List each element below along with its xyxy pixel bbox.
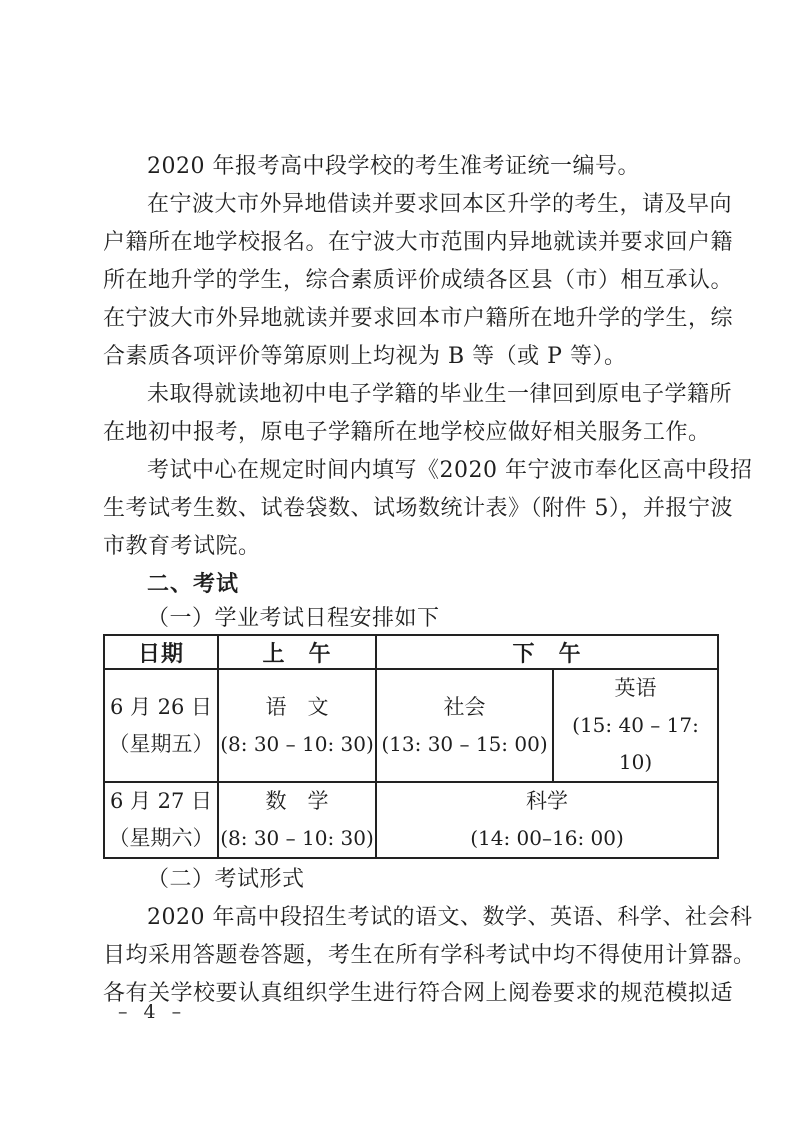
afternoon-exam-cell-english: 英语 (15: 40 – 17: 10)	[553, 669, 718, 782]
page-number: – 4 –	[118, 1001, 186, 1023]
morning-exam-cell: 语 文 (8: 30 – 10: 30)	[218, 669, 376, 782]
paragraph-line: 2020 年高中段招生考试的语文、数学、英语、科学、社会科	[103, 899, 717, 937]
time-label: (14: 00–16: 00)	[377, 820, 717, 857]
date-label: 6 月 27 日	[105, 783, 217, 820]
document-body: 2020 年报考高中段学校的考生准考证统一编号。 在宁波大市外异地借读并要求回本…	[103, 148, 717, 1013]
paragraph-line: 市教育考试院。	[103, 528, 717, 566]
subsection-heading-schedule: （一）学业考试日程安排如下	[103, 604, 717, 634]
date-cell: 6 月 26 日 （星期五）	[104, 669, 218, 782]
paragraph-line: 2020 年报考高中段学校的考生准考证统一编号。	[103, 148, 717, 186]
paragraph-line: 在宁波大市外异地就读并要求回本市户籍所在地升学的学生，综	[103, 300, 717, 338]
subject-label: 科学	[377, 783, 717, 820]
subject-label: 数 学	[219, 783, 375, 820]
paragraph-line: 在宁波大市外异地借读并要求回本区升学的考生，请及早向	[103, 186, 717, 224]
subject-label: 社会	[377, 689, 552, 726]
paragraph-line: 生考试考生数、试卷袋数、试场数统计表》（附件 5），并报宁波	[103, 490, 717, 528]
time-label: (15: 40 – 17: 10)	[554, 707, 717, 781]
subject-label: 语 文	[219, 689, 375, 726]
header-morning-cell: 上 午	[218, 635, 376, 669]
table-row-june26: 6 月 26 日 （星期五） 语 文 (8: 30 – 10: 30) 社会 (…	[104, 669, 718, 782]
time-label: (8: 30 – 10: 30)	[219, 820, 375, 857]
time-label: (13: 30 – 15: 00)	[377, 726, 552, 763]
paragraph-line: 合素质各项评价等第原则上均视为 B 等（或 P 等）。	[103, 338, 717, 376]
paragraph-line: 户籍所在地学校报名。在宁波大市范围内异地就读并要求回户籍	[103, 224, 717, 262]
afternoon-exam-cell-science: 科学 (14: 00–16: 00)	[376, 782, 718, 858]
time-label: (8: 30 – 10: 30)	[219, 726, 375, 763]
subject-label: 英语	[554, 670, 717, 707]
paragraph-line: 考试中心在规定时间内填写《2020 年宁波市奉化区高中段招	[103, 452, 717, 490]
afternoon-exam-cell-social: 社会 (13: 30 – 15: 00)	[376, 669, 553, 782]
date-label: 6 月 26 日	[105, 689, 217, 726]
morning-exam-cell: 数 学 (8: 30 – 10: 30)	[218, 782, 376, 858]
paragraph-line: 目均采用答题卷答题，考生在所有学科考试中均不得使用计算器。	[103, 937, 717, 975]
paragraph-line: 所在地升学的学生，综合素质评价成绩各区县（市）相互承认。	[103, 262, 717, 300]
section-heading-exam: 二、考试	[103, 566, 717, 604]
paragraph-line: 各有关学校要认真组织学生进行符合网上阅卷要求的规范模拟适	[103, 975, 717, 1013]
weekday-label: （星期六）	[105, 820, 217, 857]
header-afternoon-cell: 下 午	[376, 635, 718, 669]
weekday-label: （星期五）	[105, 726, 217, 763]
document-page: 2020 年报考高中段学校的考生准考证统一编号。 在宁波大市外异地借读并要求回本…	[0, 0, 800, 1131]
date-cell: 6 月 27 日 （星期六）	[104, 782, 218, 858]
subsection-heading-format: （二）考试形式	[103, 861, 717, 899]
table-header-row: 日期 上 午 下 午	[104, 635, 718, 669]
header-date-cell: 日期	[104, 635, 218, 669]
exam-schedule-table: 日期 上 午 下 午 6 月 26 日 （星期五） 语 文 (8: 30 – 1…	[103, 634, 719, 859]
paragraph-line: 未取得就读地初中电子学籍的毕业生一律回到原电子学籍所	[103, 376, 717, 414]
table-row-june27: 6 月 27 日 （星期六） 数 学 (8: 30 – 10: 30) 科学 (…	[104, 782, 718, 858]
paragraph-line: 在地初中报考，原电子学籍所在地学校应做好相关服务工作。	[103, 414, 717, 452]
